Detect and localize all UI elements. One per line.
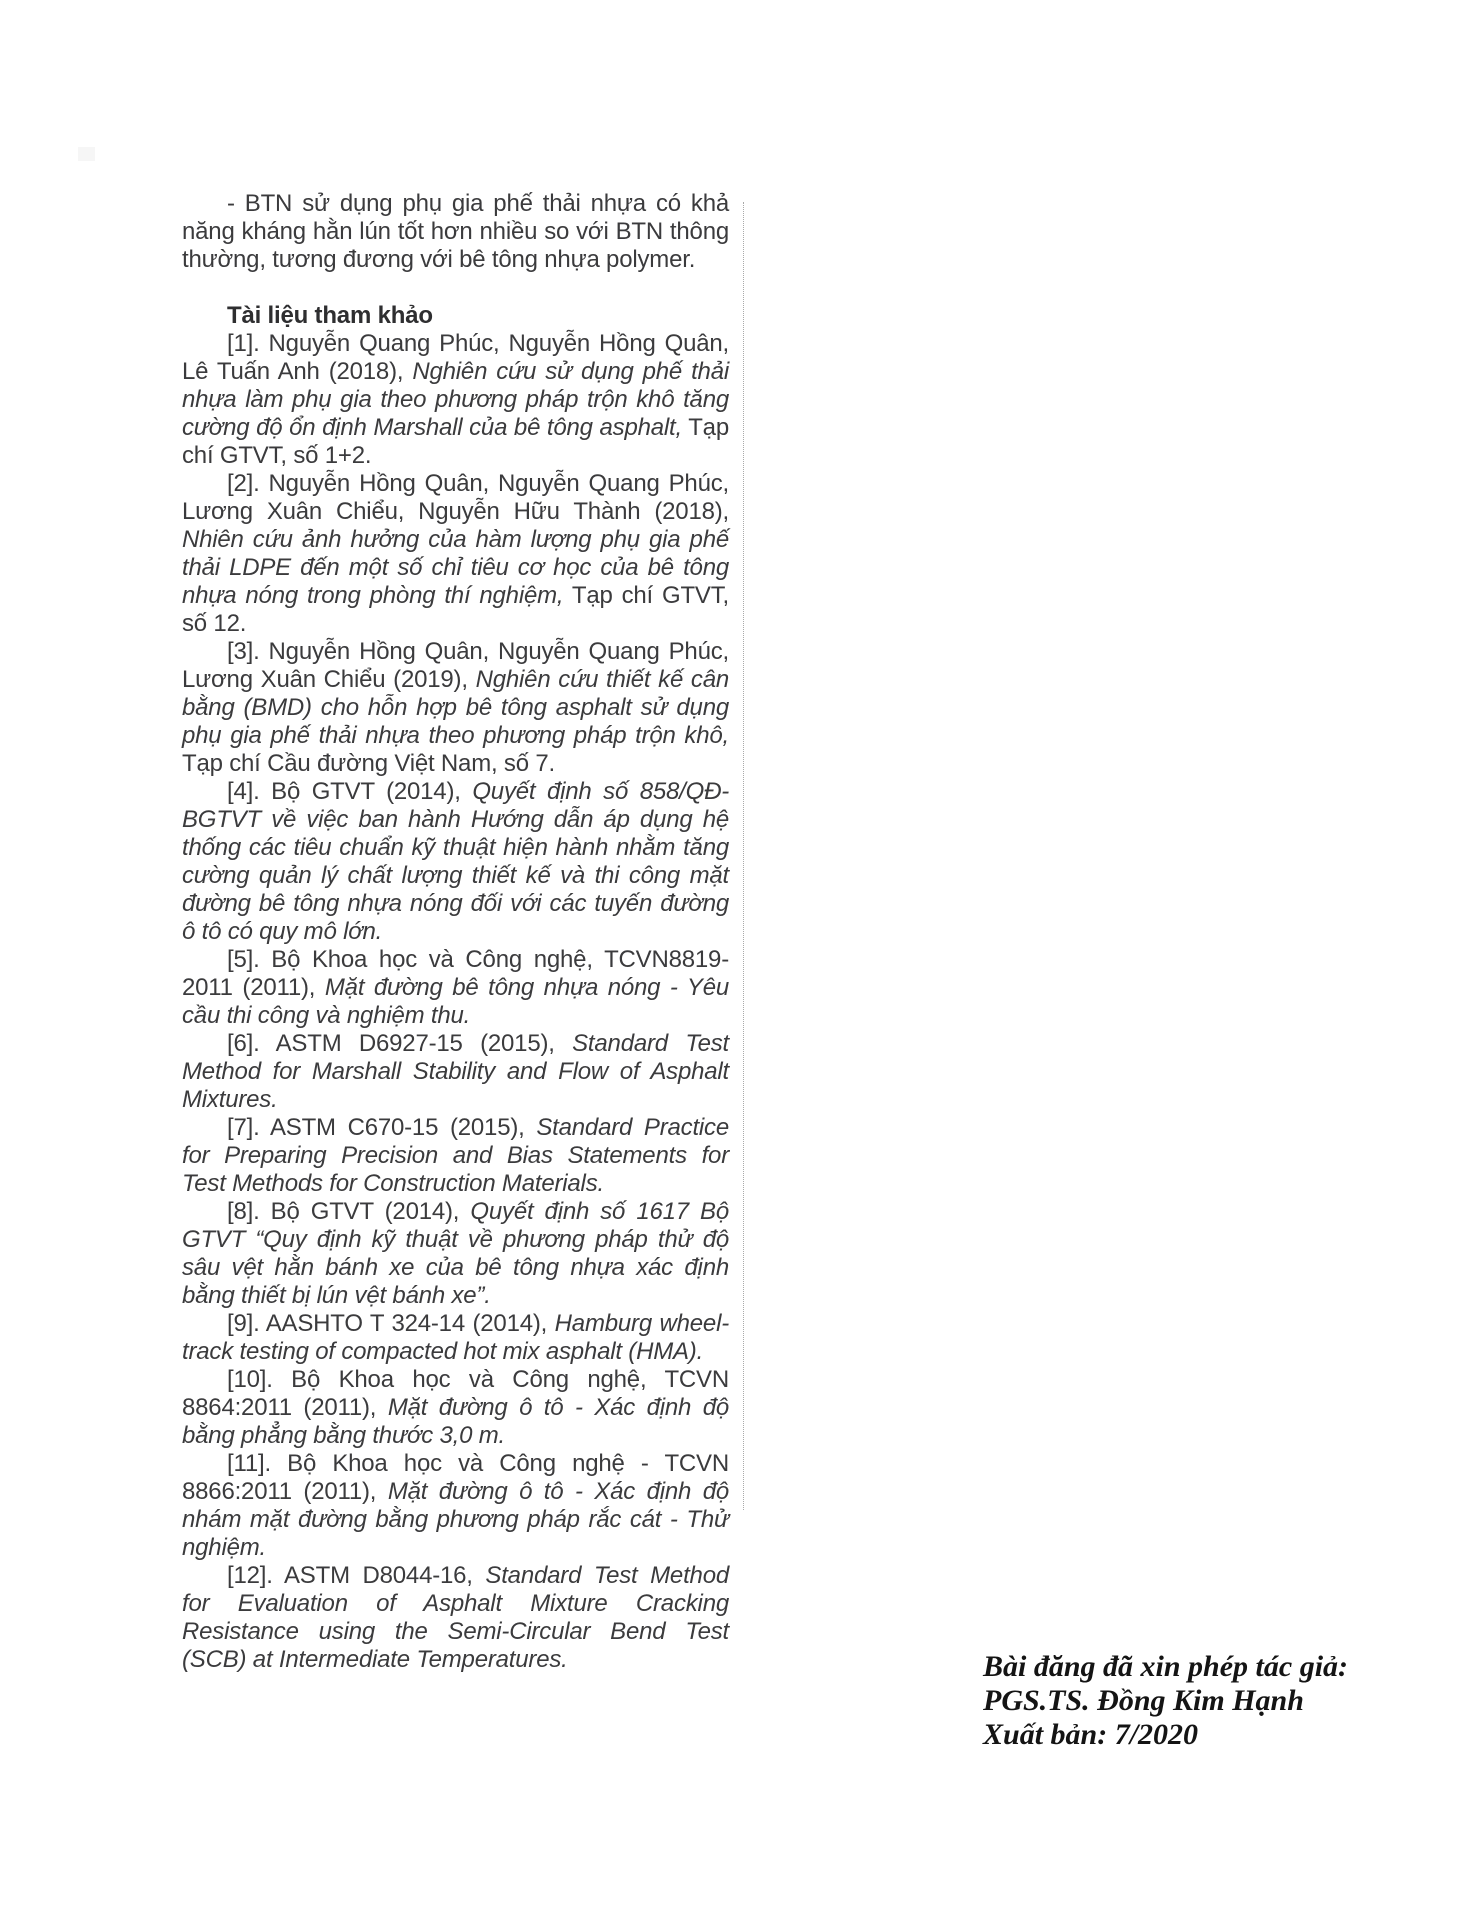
reference-item: [9]. AASHTO T 324-14 (2014), Hamburg whe…: [182, 1310, 729, 1366]
conclusion-paragraph: - BTN sử dụng phụ gia phế thải nhựa có k…: [182, 190, 729, 274]
reference-item: [8]. Bộ GTVT (2014), Quyết định số 1617 …: [182, 1198, 729, 1310]
reference-prefix: [9]. AASHTO T 324-14 (2014),: [227, 1310, 555, 1337]
references-heading: Tài liệu tham khảo: [182, 302, 729, 330]
reference-item: [6]. ASTM D6927-15 (2015), Standard Test…: [182, 1030, 729, 1114]
reference-prefix: [6]. ASTM D6927-15 (2015),: [227, 1030, 572, 1057]
reference-item: [4]. Bộ GTVT (2014), Quyết định số 858/Q…: [182, 778, 729, 946]
reference-item: [5]. Bộ Khoa học và Công nghệ, TCVN8819-…: [182, 946, 729, 1030]
reference-item: [2]. Nguyễn Hồng Quân, Nguyễn Quang Phúc…: [182, 470, 729, 638]
reference-item: [7]. ASTM C670-15 (2015), Standard Pract…: [182, 1114, 729, 1198]
scan-artifact: [78, 147, 95, 161]
reference-item: [12]. ASTM D8044-16, Standard Test Metho…: [182, 1562, 729, 1674]
reference-prefix: [2]. Nguyễn Hồng Quân, Nguyễn Quang Phúc…: [182, 470, 729, 525]
permission-note-line: PGS.TS. Đồng Kim Hạnh: [983, 1684, 1348, 1718]
reference-item: [3]. Nguyễn Hồng Quân, Nguyễn Quang Phúc…: [182, 638, 729, 778]
reference-item: [10]. Bộ Khoa học và Công nghệ, TCVN 886…: [182, 1366, 729, 1450]
article-column: - BTN sử dụng phụ gia phế thải nhựa có k…: [182, 190, 729, 1674]
permission-note: Bài đăng đã xin phép tác giả: PGS.TS. Đồ…: [983, 1650, 1348, 1752]
reference-item: [1]. Nguyễn Quang Phúc, Nguyễn Hồng Quân…: [182, 330, 729, 470]
permission-note-line: Bài đăng đã xin phép tác giả:: [983, 1650, 1348, 1684]
permission-note-line: Xuất bản: 7/2020: [983, 1718, 1348, 1752]
reference-prefix: [8]. Bộ GTVT (2014),: [227, 1198, 470, 1225]
reference-item: [11]. Bộ Khoa học và Công nghệ - TCVN 88…: [182, 1450, 729, 1562]
reference-prefix: [4]. Bộ GTVT (2014),: [227, 778, 472, 805]
column-divider: [743, 202, 744, 1510]
reference-prefix: [12]. ASTM D8044-16,: [227, 1562, 485, 1589]
reference-prefix: [7]. ASTM C670-15 (2015),: [227, 1114, 536, 1141]
references-list: [1]. Nguyễn Quang Phúc, Nguyễn Hồng Quân…: [182, 330, 729, 1674]
reference-source: Tạp chí Cầu đường Việt Nam, số 7.: [182, 750, 555, 777]
document-page: - BTN sử dụng phụ gia phế thải nhựa có k…: [0, 0, 1484, 1920]
